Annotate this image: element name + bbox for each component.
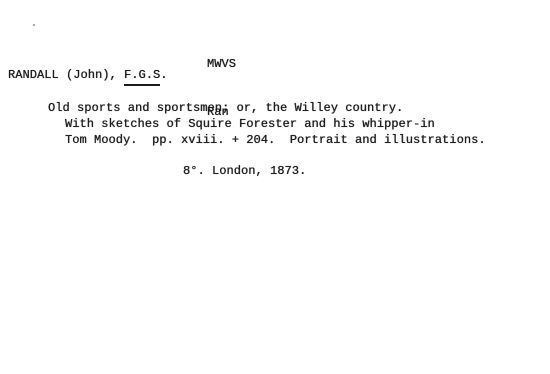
title-line-1: Old sports and sportsmen; or, the Willey… [48, 100, 403, 116]
title-line-3: Tom Moody. pp. xviii. + 204. Portrait an… [65, 132, 486, 148]
shelfmark-line-1: MWVS [207, 56, 236, 72]
title-line-2: With sketches of Squire Forester and his… [65, 116, 435, 132]
author-name: RANDALL (John), [8, 68, 124, 82]
author-heading: RANDALL (John), F.G.S. [8, 67, 168, 86]
paper-speck [33, 24, 35, 26]
catalog-card: MWVS Ran RANDALL (John), F.G.S. Old spor… [0, 0, 550, 374]
author-honorific-underlined: F.G.S [124, 67, 160, 86]
author-honorific-period: . [160, 68, 167, 82]
imprint-line: 8°. London, 1873. [183, 163, 306, 179]
